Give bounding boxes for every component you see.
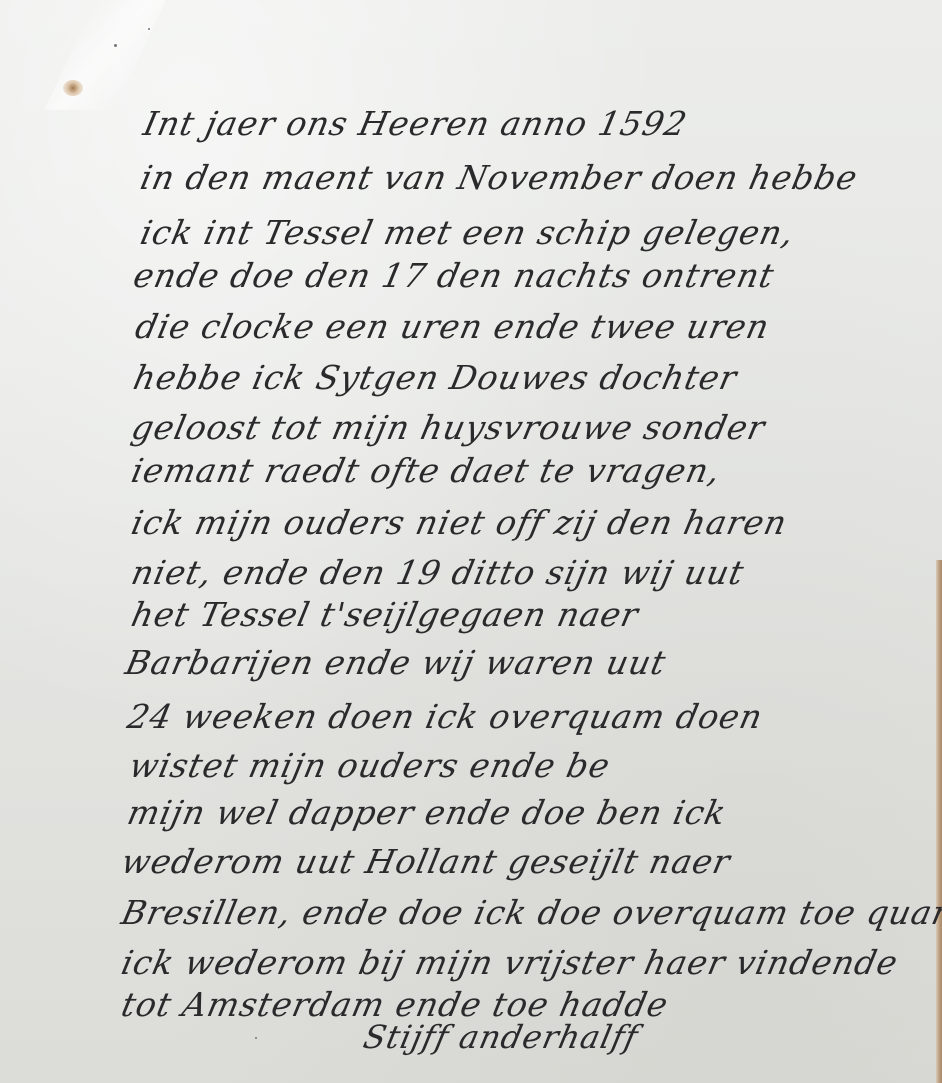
- text-line: wistet mijn ouders ende be: [126, 746, 614, 785]
- text-line: ick int Tessel met een schip gelegen,: [137, 213, 798, 252]
- text-line: 24 weeken doen ick overquam doen: [124, 697, 767, 736]
- handwritten-text: Int jaer ons Heeren anno 1592 in den mae…: [0, 0, 942, 1083]
- text-line: ende doe den 17 den nachts ontrent: [130, 256, 778, 295]
- text-line: hebbe ick Sytgen Douwes dochter: [130, 358, 741, 397]
- text-line: wederom uut Hollant geseijlt naer: [118, 842, 734, 881]
- text-line: ick mijn ouders niet off zij den haren: [128, 503, 791, 542]
- text-line: het Tessel t'seijlgegaen naer: [128, 595, 642, 634]
- text-line: Barbarijen ende wij waren uut: [122, 643, 670, 682]
- closing-line: Stijff anderhalff: [360, 1018, 642, 1056]
- text-line: ick wederom bij mijn vrijster haer vinde…: [118, 943, 902, 982]
- text-line: iemant raedt ofte daet te vragen,: [128, 451, 724, 490]
- text-line: in den maent van November doen hebbe: [137, 158, 862, 197]
- text-line: die clocke een uren ende twee uren: [132, 307, 773, 346]
- text-line: niet, ende den 19 ditto sijn wij uut: [128, 553, 748, 592]
- text-line: geloost tot mijn huysvrouwe sonder: [128, 408, 769, 447]
- text-line: Bresillen, ende doe ick doe overquam toe…: [118, 893, 942, 932]
- manuscript-page: Int jaer ons Heeren anno 1592 in den mae…: [0, 0, 942, 1083]
- text-line: mijn wel dapper ende doe ben ick: [124, 793, 730, 832]
- text-line: Int jaer ons Heeren anno 1592: [140, 104, 691, 143]
